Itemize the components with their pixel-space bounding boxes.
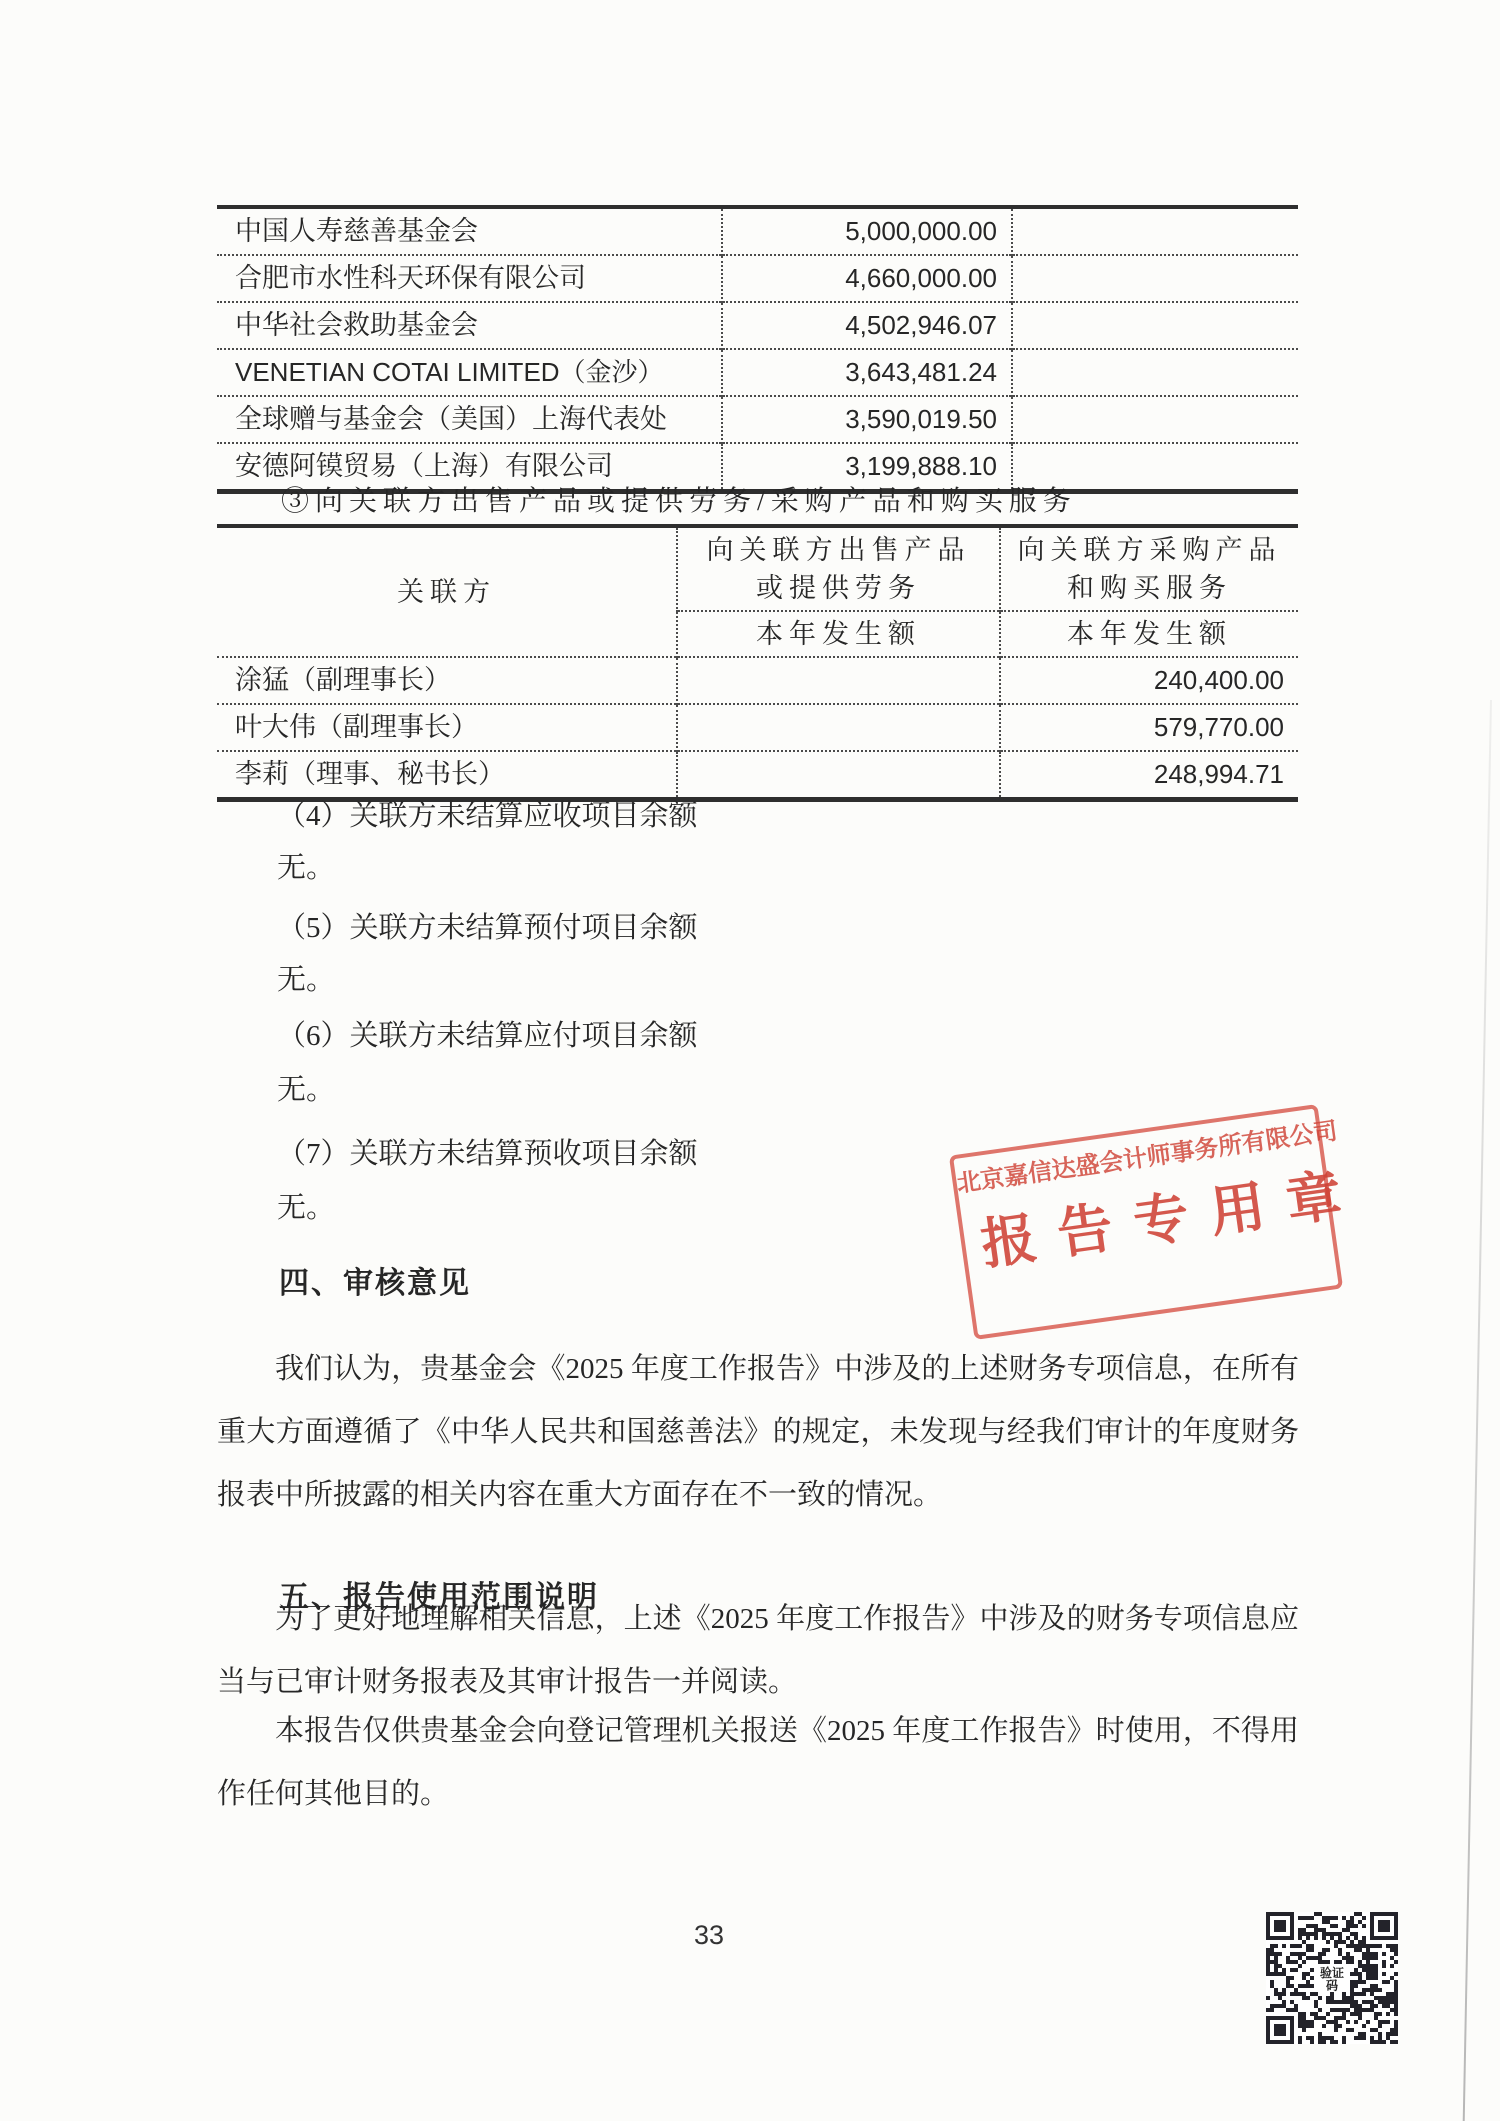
empty-cell — [1012, 255, 1298, 302]
purchase-header-line2: 和购买服务 — [1002, 569, 1297, 607]
empty-cell — [1012, 207, 1298, 255]
donor-amount-cell: 3,590,019.50 — [722, 396, 1012, 443]
table-row: 涂猛（副理事长） 240,400.00 — [217, 657, 1298, 704]
section5-paragraph-1: 为了更好地理解相关信息，上述《2025 年度工作报告》中涉及的财务专项信息应当与… — [217, 1588, 1299, 1714]
purchase-header-cell: 向关联方采购产品 和购买服务 — [1000, 526, 1298, 611]
party-name-cell: 涂猛（副理事长） — [217, 657, 677, 704]
purchase-header-line1: 向关联方采购产品 — [1002, 531, 1297, 569]
donor-name-cell: 全球赠与基金会（美国）上海代表处 — [217, 396, 722, 443]
item-value: 无。 — [217, 845, 1358, 886]
donor-name-cell: 中华社会救助基金会 — [217, 302, 722, 349]
item-label: （5）关联方未结算预付项目余额 — [217, 905, 1358, 946]
scan-artifact-line — [1463, 700, 1492, 2121]
donor-amount-cell: 3,643,481.24 — [722, 349, 1012, 396]
donor-name-cell: 中国人寿慈善基金会 — [217, 207, 722, 255]
section5-paragraph-2: 本报告仅供贵基金会向登记管理机关报送《2025 年度工作报告》时使用，不得用作任… — [217, 1700, 1299, 1826]
donor-amount-cell: 4,502,946.07 — [722, 302, 1012, 349]
table-row: VENETIAN COTAI LIMITED（金沙） 3,643,481.24 — [217, 349, 1298, 396]
item-value: 无。 — [217, 957, 1358, 998]
empty-cell — [1012, 302, 1298, 349]
section4-paragraph: 我们认为，贵基金会《2025 年度工作报告》中涉及的上述财务专项信息，在所有重大… — [217, 1338, 1299, 1527]
donor-amount-cell: 4,660,000.00 — [722, 255, 1012, 302]
empty-cell — [1012, 396, 1298, 443]
purchase-amount-cell: 240,400.00 — [1000, 657, 1298, 704]
sell-header-line2: 或提供劳务 — [679, 569, 998, 607]
party-name-cell: 叶大伟（副理事长） — [217, 704, 677, 751]
table-row: 全球赠与基金会（美国）上海代表处 3,590,019.50 — [217, 396, 1298, 443]
table-header-row: 关联方 向关联方出售产品 或提供劳务 向关联方采购产品 和购买服务 — [217, 526, 1298, 611]
purchase-amount-cell: 579,770.00 — [1000, 704, 1298, 751]
svg-text:码: 码 — [1326, 1979, 1338, 1993]
sell-amount-cell — [677, 657, 1000, 704]
qr-code: 验证码 — [1266, 1912, 1398, 2044]
section3-heading: ③向关联方出售产品或提供劳务/采购产品和购买服务 — [217, 479, 1362, 519]
table-row: 中国人寿慈善基金会 5,000,000.00 — [217, 207, 1298, 255]
item-value: 无。 — [217, 1067, 1358, 1108]
sell-amount-cell — [677, 704, 1000, 751]
table-row: 中华社会救助基金会 4,502,946.07 — [217, 302, 1298, 349]
table-row: 叶大伟（副理事长） 579,770.00 — [217, 704, 1298, 751]
item-label: （6）关联方未结算应付项目余额 — [217, 1013, 1358, 1054]
empty-cell — [1012, 349, 1298, 396]
party-header-cell: 关联方 — [217, 526, 677, 657]
donor-table: 中国人寿慈善基金会 5,000,000.00 合肥市水性科天环保有限公司 4,6… — [217, 205, 1298, 494]
purchase-subheader-cell: 本年发生额 — [1000, 611, 1298, 657]
page-number: 33 — [687, 1920, 731, 1951]
donor-name-cell: 合肥市水性科天环保有限公司 — [217, 255, 722, 302]
sell-header-cell: 向关联方出售产品 或提供劳务 — [677, 526, 1000, 611]
document-page: 中国人寿慈善基金会 5,000,000.00 合肥市水性科天环保有限公司 4,6… — [0, 0, 1500, 2121]
sell-subheader-cell: 本年发生额 — [677, 611, 1000, 657]
section4-heading: 四、审核意见 — [279, 1258, 471, 1302]
table-row: 合肥市水性科天环保有限公司 4,660,000.00 — [217, 255, 1298, 302]
item-label: （4）关联方未结算应收项目余额 — [217, 793, 1358, 834]
related-party-table: 关联方 向关联方出售产品 或提供劳务 向关联方采购产品 和购买服务 本年发生额 … — [217, 524, 1298, 802]
svg-text:验证: 验证 — [1320, 1965, 1344, 1980]
sell-header-line1: 向关联方出售产品 — [679, 531, 998, 569]
donor-name-cell: VENETIAN COTAI LIMITED（金沙） — [217, 349, 722, 396]
donor-amount-cell: 5,000,000.00 — [722, 207, 1012, 255]
